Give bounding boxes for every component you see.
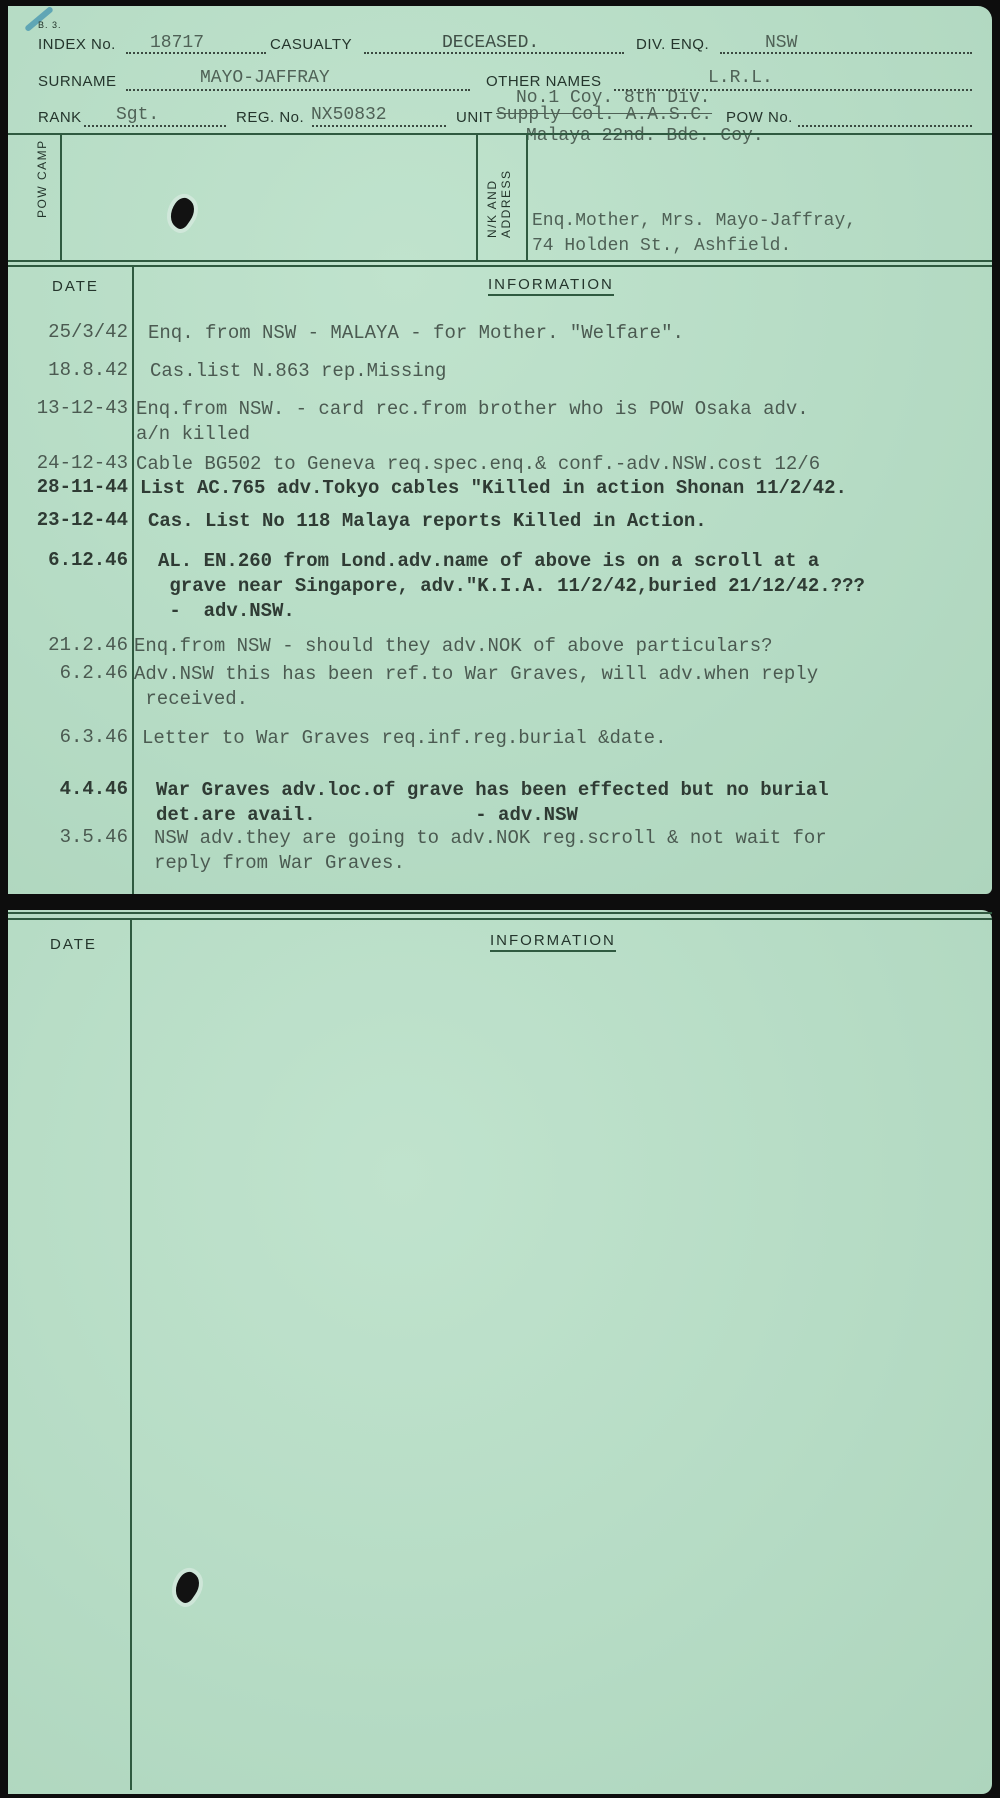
entry-text: Enq. from NSW - MALAYA - for Mother. "We… <box>148 321 684 346</box>
date-column-divider <box>132 266 134 894</box>
reg-no-dots <box>312 125 446 127</box>
reg-no-label: REG. No. <box>236 109 304 126</box>
entry-text: Letter to War Graves req.inf.reg.burial … <box>142 726 667 751</box>
entry-text: Adv.NSW this has been ref.to War Graves,… <box>134 662 818 712</box>
entry-text: Enq.from NSW - should they adv.NOK of ab… <box>134 634 773 659</box>
pow-no-label: POW No. <box>726 109 793 126</box>
surname-label: SURNAME <box>38 73 117 90</box>
entry-date: 28-11-44 <box>37 476 128 498</box>
pow-no-dots <box>798 125 972 127</box>
entry-date: 13-12-43 <box>37 397 128 419</box>
double-rule-top <box>8 912 992 914</box>
entry-date: 23-12-44 <box>37 509 128 531</box>
header-rule <box>8 133 992 135</box>
nk-label-line2: ADDRESS <box>499 169 513 238</box>
entry-text: Cas.list N.863 rep.Missing <box>150 359 446 384</box>
unit-label: UNIT <box>456 109 493 126</box>
index-no-label: INDEX No. <box>38 36 116 53</box>
unit-value-line2: Supply Col. A.A.S.C. <box>496 105 712 125</box>
div-enq-value: NSW <box>765 33 797 53</box>
index-no-value: 18717 <box>150 33 204 53</box>
entry-text: NSW adv.they are going to adv.NOK reg.sc… <box>154 826 827 876</box>
form-code: B. 3. <box>38 20 62 30</box>
casualty-value: DECEASED. <box>442 33 539 53</box>
div-enq-label: DIV. ENQ. <box>636 36 709 53</box>
entry-text: War Graves adv.loc.of grave has been eff… <box>156 778 829 828</box>
pow-camp-label: POW CAMP <box>35 139 49 218</box>
entry-text: AL. EN.260 from Lond.adv.name of above i… <box>158 549 865 624</box>
other-names-value: L.R.L. <box>708 68 773 88</box>
entry-date: 6.12.46 <box>48 549 128 571</box>
pow-camp-divider <box>60 134 62 260</box>
date-column-header: DATE <box>50 936 97 953</box>
entry-text: Cas. List No 118 Malaya reports Killed i… <box>148 509 707 534</box>
entry-date: 21.2.46 <box>48 634 128 656</box>
record-card-back: DATE INFORMATION <box>8 910 992 1794</box>
entry-date: 6.3.46 <box>60 726 128 748</box>
rank-dots <box>84 125 226 127</box>
double-rule-bottom <box>8 265 992 267</box>
entry-date: 4.4.46 <box>60 778 128 800</box>
entry-text: Cable BG502 to Geneva req.spec.enq.& con… <box>136 452 820 477</box>
surname-value: MAYO-JAFFRAY <box>200 68 330 88</box>
pin-hole <box>164 194 199 231</box>
information-column-header: INFORMATION <box>488 276 614 296</box>
nk-address-line1: Enq.Mother, Mrs. Mayo-Jaffray, <box>532 211 856 231</box>
entry-text: List AC.765 adv.Tokyo cables "Killed in … <box>140 476 847 501</box>
pin-hole <box>169 1568 204 1605</box>
entry-date: 3.5.46 <box>60 826 128 848</box>
double-rule-top <box>8 260 992 262</box>
casualty-label: CASUALTY <box>270 36 352 53</box>
record-card-front: B. 3. INDEX No. 18717 CASUALTY DECEASED.… <box>8 6 992 894</box>
double-rule-bottom <box>8 918 992 920</box>
rank-label: RANK <box>38 109 82 126</box>
entry-text: Enq.from NSW. - card rec.from brother wh… <box>136 397 809 447</box>
entry-date: 18.8.42 <box>48 359 128 381</box>
div-enq-dots <box>720 52 972 54</box>
nk-right-divider <box>526 134 528 260</box>
unit-value-line3: Malaya 22nd. Bde. Coy. <box>526 126 764 146</box>
nk-left-divider <box>476 134 478 260</box>
surname-dots <box>126 89 470 91</box>
date-column-header: DATE <box>52 278 99 295</box>
entry-date: 6.2.46 <box>60 662 128 684</box>
date-column-divider <box>130 920 132 1790</box>
rank-value: Sgt. <box>116 105 159 125</box>
nk-address-line2: 74 Holden St., Ashfield. <box>532 236 791 256</box>
entry-date: 24-12-43 <box>37 452 128 474</box>
information-column-header: INFORMATION <box>490 932 616 952</box>
entry-date: 25/3/42 <box>48 321 128 343</box>
nk-label-line1: N/K AND <box>485 179 499 238</box>
reg-no-value: NX50832 <box>311 105 387 125</box>
